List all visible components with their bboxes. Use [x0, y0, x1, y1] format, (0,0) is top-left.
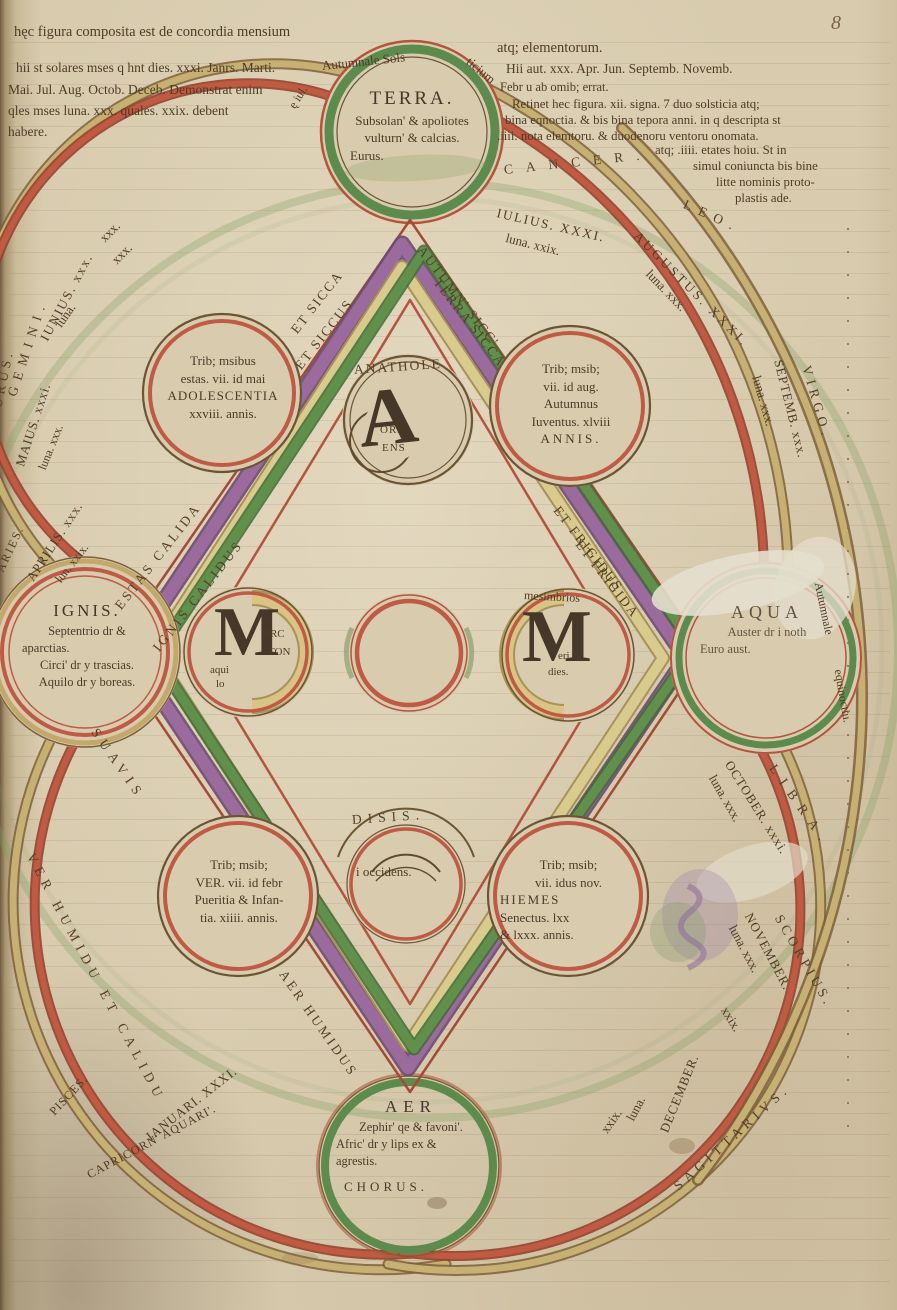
season-line: vii. idus nov. — [496, 874, 641, 892]
note-left-line: Mai. Jul. Aug. Octob. Deceb. Demonstrat … — [8, 82, 263, 98]
meridies-initial: M — [522, 600, 592, 674]
season-line: ANNIS. — [498, 430, 644, 448]
season-summer-circle: Trib; msibus estas. vii. id mai ADOLESCE… — [152, 352, 294, 422]
aer-circle: AER Zephir' qe & favoni'. Afric' dr y li… — [330, 1096, 492, 1195]
aer-title: AER — [330, 1096, 492, 1119]
season-line: Iuventus. xlviii — [498, 413, 644, 431]
oriens-small: ORI — [380, 424, 402, 436]
season-line: Senectus. lxx — [496, 909, 641, 927]
note-right-line: litte nominis proto- — [716, 175, 815, 190]
terra-line: Subsolan' & apoliotes — [332, 112, 492, 130]
folio-number: 8 — [831, 12, 841, 35]
aer-line: agrestis. — [330, 1153, 492, 1170]
season-line: HIEMES — [496, 891, 641, 909]
note-right-line: plastis ade. — [735, 191, 792, 206]
season-line: Autumnus — [498, 395, 644, 413]
season-line: VER. vii. id febr — [166, 874, 312, 892]
ignis-title: IGNIS. — [12, 600, 162, 623]
note-right-line: simul coniuncta bis bine — [693, 159, 818, 174]
season-line: estas. vii. id mai — [152, 370, 294, 388]
manuscript-page: hęc figura composita est de concordia me… — [0, 0, 897, 1310]
terra-line: vulturn' & calcias. — [332, 129, 492, 147]
season-winter-circle: Trib; msib; vii. idus nov. HIEMES Senect… — [496, 856, 641, 944]
ignis-circle: IGNIS. Septentrio dr & aparctias. Circi'… — [12, 600, 162, 690]
arcton-small: TON — [268, 646, 290, 658]
season-line: ADOLESCENTIA — [152, 387, 294, 405]
season-line: Trib; msibus — [152, 352, 294, 370]
oriens-small: ENS — [382, 442, 406, 454]
note-right-line: atq; .iiii. etates hoiu. St in — [655, 143, 787, 158]
note-right-line: Retinet hec figura. xii. signa. 7 duo so… — [512, 97, 760, 112]
season-line: vii. id aug. — [498, 378, 644, 396]
heading-right: atq; elementorum. — [497, 40, 603, 57]
season-line: Trib; msib; — [496, 856, 641, 874]
terra-line: Eurus. — [332, 147, 492, 165]
note-right-line: bina eqnoctia. & bis bina tepora anni. i… — [505, 113, 781, 128]
season-line: Pueritia & Infan- — [166, 891, 312, 909]
note-left-line: habere. — [8, 124, 47, 140]
season-line: tia. xiiii. annis. — [166, 909, 312, 927]
arcton-small: ARC — [262, 628, 285, 640]
season-line: Trib; msib; — [498, 360, 644, 378]
arcton-small: lo — [216, 678, 225, 690]
season-line: & lxxx. annis. — [496, 926, 641, 944]
meridies-small: eri — [558, 650, 570, 662]
heading-left: hęc figura composita est de concordia me… — [14, 24, 290, 41]
terra-circle: TERRA. Subsolan' & apoliotes vulturn' & … — [332, 86, 492, 164]
season-line: xxviii. annis. — [152, 405, 294, 423]
center-circle-ring — [346, 593, 471, 713]
season-line: Trib; msib; — [166, 856, 312, 874]
note-left-line: hii st solares mses q hnt dies. xxxi. Ja… — [16, 60, 275, 76]
note-right-line: .iiii. nota elemtoru. & duodenoru ventor… — [497, 129, 759, 144]
ignis-line: Aquilo dr y boreas. — [12, 674, 162, 691]
arcton-small: aqui — [210, 664, 229, 676]
aer-line: Afric' dr y lips ex & — [330, 1136, 492, 1153]
season-autumn-circle: Trib; msib; vii. id aug. Autumnus Iuvent… — [498, 360, 644, 448]
note-right-line: Hii aut. xxx. Apr. Jun. Septemb. Novemb. — [506, 61, 733, 77]
ignis-line: Circi' dr y trascias. — [12, 657, 162, 674]
aer-chorus: CHORUS. — [330, 1178, 492, 1196]
season-spring-circle: Trib; msib; VER. vii. id febr Pueritia &… — [166, 856, 312, 926]
meridies-small: dies. — [548, 666, 568, 678]
ignis-line: Septentrio dr & — [12, 623, 162, 640]
occidens-label: i occidens. — [356, 864, 412, 880]
aer-line: Zephir' qe & favoni'. — [330, 1119, 492, 1136]
aqua-line: Euro aust. — [692, 641, 842, 658]
ignis-line: aparctias. — [12, 640, 162, 657]
terra-title: TERRA. — [332, 86, 492, 112]
note-right-line: Febr u ab omib; errat. — [500, 80, 609, 95]
note-left-line: qles mses luna. xxx. quales. xxix. deben… — [8, 103, 228, 119]
